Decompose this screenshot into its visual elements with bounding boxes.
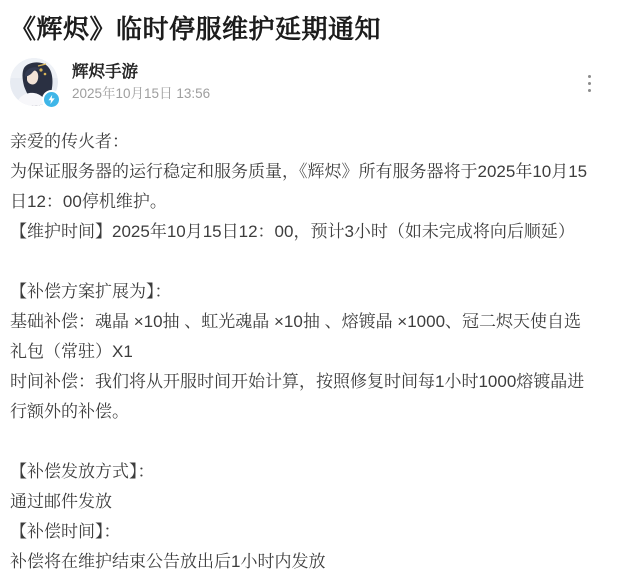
post-body: 亲爱的传火者：为保证服务器的运行稳定和服务质量，《辉烬》所有服务器将于2025年… — [10, 127, 595, 569]
body-paragraph-spacer — [10, 247, 595, 277]
post-title: 《辉烬》临时停服维护延期通知 — [10, 14, 616, 45]
author-row: 辉烬手游 2025年10月15日 13:56 — [10, 57, 616, 107]
author-meta: 辉烬手游 2025年10月15日 13:56 — [72, 62, 210, 102]
lightning-verified-badge-icon — [42, 90, 61, 109]
body-paragraph: 补偿将在维护结束公告放出后1小时内发放 — [10, 547, 595, 569]
author-name[interactable]: 辉烬手游 — [72, 62, 210, 82]
body-paragraph: 时间补偿：我们将从开服时间开始计算，按照修复时间每1小时1000熔镀晶进行额外的… — [10, 367, 595, 427]
body-paragraph: 通过邮件发放 — [10, 487, 595, 517]
announcement-post: 《辉烬》临时停服维护延期通知 — [0, 14, 626, 569]
body-paragraph: 亲爱的传火者： — [10, 127, 595, 157]
body-paragraph: 基础补偿：魂晶 ×10抽 、虹光魂晶 ×10抽 、熔镀晶 ×1000、冠二烬天使… — [10, 307, 595, 367]
body-paragraph: 【补偿发放方式】： — [10, 457, 595, 487]
author-avatar[interactable] — [10, 58, 58, 106]
body-paragraph: 【补偿方案扩展为】： — [10, 277, 595, 307]
more-options-button[interactable] — [580, 69, 598, 97]
body-paragraph: 【维护时间】2025年10月15日12：00，预计3小时（如未完成将向后顺延） — [10, 217, 595, 247]
body-paragraph: 【补偿时间】： — [10, 517, 595, 547]
kebab-menu-icon — [588, 82, 591, 85]
post-date: 2025年10月15日 13:56 — [72, 86, 210, 102]
body-paragraph-spacer — [10, 427, 595, 457]
kebab-menu-icon — [588, 75, 591, 78]
body-paragraph: 为保证服务器的运行稳定和服务质量，《辉烬》所有服务器将于2025年10月15日1… — [10, 157, 595, 217]
kebab-menu-icon — [588, 89, 591, 92]
